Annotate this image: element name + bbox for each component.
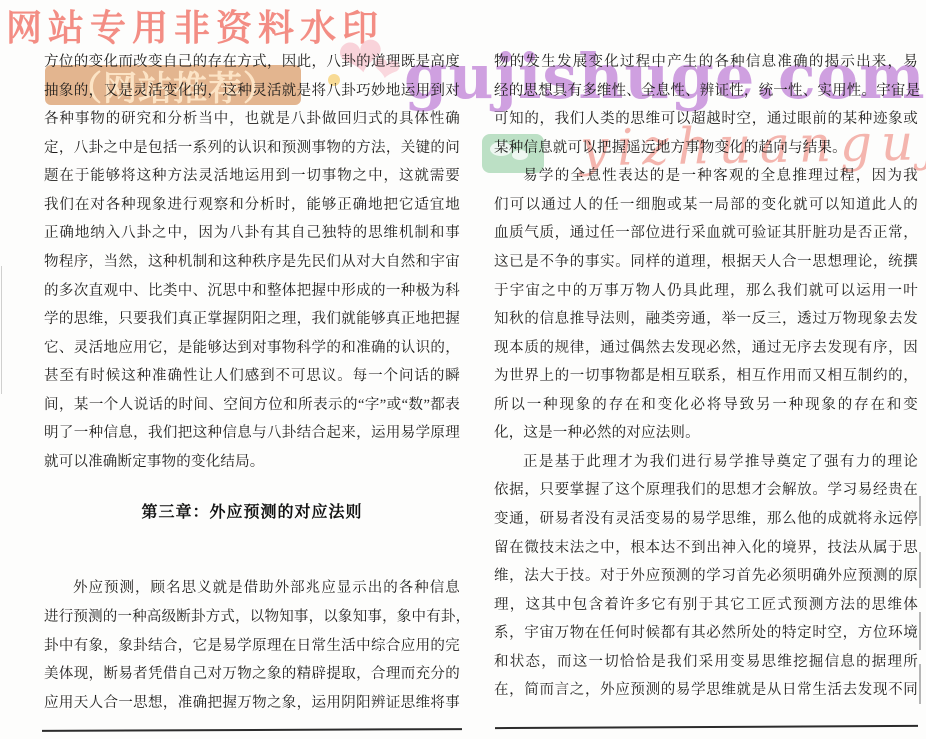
text-line: 于宇宙之中的万事万物人仍具此理，那么我们就可以运用一叶: [494, 277, 918, 306]
text-line: 学的思维，只要我们真正掌握阴阳之理，我们就能够真正地把握: [44, 305, 460, 334]
text-line: 进行预测的一种高级断卦方式，以物知事，以象知事，象中有卦，: [44, 603, 460, 632]
text-line: 留在微技末法之中，根本达不到出神入化的境界，技法从属于思: [494, 534, 918, 563]
text-line: 间，某一个人说话的时间、空间方位和所表示的“字”或“数”都表: [44, 391, 460, 420]
text-line: 和状态，而这一切恰恰是我们采用变易思维挖掘信息的据理所: [494, 648, 918, 677]
text-line: 各种事物的研究和分析当中，也就是八卦做回归式的具体性确: [44, 105, 460, 134]
margin-scan-mark: [919, 552, 921, 588]
text-line: 这已是不争的事实。同样的道理，根据天人合一思想理论，统撰: [494, 248, 918, 277]
text-line: 物的发生发展变化过程中产生的各种信息准确的揭示出来，易: [494, 48, 918, 77]
text-line: 某种信息就可以把握遥远地方事物变化的趋向与结果。: [494, 134, 918, 163]
text-line: 血质气质，通过任一部位进行采血就可验证其肝脏功是否正常，: [494, 219, 918, 248]
text-line: 变通，研易者没有灵活变易的易学思维，那么他的成就将永远停: [494, 505, 918, 534]
text-line: 易学的全息性表达的是一种客观的全息推理过程，因为我: [494, 162, 918, 191]
text-line: 维，法大于技。对于外应预测的学习首先必须明确外应预测的原: [494, 562, 918, 591]
text-line: 依据，只要掌握了这个原理我们的思想才会解放。学习易经贵在: [494, 476, 918, 505]
text-line: 的多次直观中、比类中、沉思中和整体把握中形成的一种极为科: [44, 277, 460, 306]
text-line: 就可以准确断定事物的变化结局。: [44, 448, 460, 477]
text-line: 为世界上的一切事物都是相互联系，相互作用而又相互制约的，: [494, 362, 918, 391]
text-line: 题在于能够将这种方法灵活地运用到一切事物之中，这就需要: [44, 162, 460, 191]
text-line: 系，宇宙万物在任何时候都有其必然所处的特定时空，方位环境: [494, 619, 918, 648]
margin-scan-mark: [919, 496, 921, 526]
page-edge-line: [1, 266, 2, 394]
text-line: 甚至有时候这种准确性让人们感到不可思议。每一个问话的瞬: [44, 362, 460, 391]
margin-scan-mark: [919, 612, 921, 650]
text-line: 定，八卦之中是包括一系列的认识和预测事物的方法，关键的问: [44, 134, 460, 163]
left-column: 方位的变化而改变自己的存在方式，因此，八卦的道理既是高度 抽象的，又是灵活变化的…: [44, 48, 460, 717]
text-line: 在，简而言之，外应预测的易学思维就是从日常生活去发现不同: [494, 676, 918, 705]
text-line: 美体现，断易者凭借自己对万物之象的精辟提取，合理而充分的: [44, 660, 460, 689]
text-line: 知秋的信息推导法则，融类旁通，举一反三，透过万物现象去发: [494, 305, 918, 334]
text-line: 卦中有象，象卦结合，它是易学原理在日常生活中综合应用的完: [44, 632, 460, 661]
text-line: 我们在对各种现象进行观察和分析时，能够正确地把它适宜地: [44, 191, 460, 220]
text-line: 现本质的规律，通过偶然去发现必然，通过无序去发现有序，因: [494, 334, 918, 363]
text-line: 方位的变化而改变自己的存在方式，因此，八卦的道理既是高度: [44, 48, 460, 77]
text-line: 经的思想具有多维性、全息性、辨证性，统一性、实用性。宇宙是: [494, 77, 918, 106]
right-column-bottom-rule: [495, 725, 918, 729]
text-line: 化，这是一种必然的对应法则。: [494, 419, 918, 448]
text-line: 们可以通过人的任一细胞或某一局部的变化就可以知道此人的: [494, 191, 918, 220]
text-line: 正是基于此理才为我们进行易学推导奠定了强有力的理论: [494, 448, 918, 477]
text-line: 抽象的，又是灵活变化的，这种灵活就是将八卦巧妙地运用到对: [44, 77, 460, 106]
chapter-heading: 第三章：外应预测的对应法则: [44, 502, 460, 524]
text-line: 物程序，当然，这种机制和这种秩序是先民们从对大自然和宇宙: [44, 248, 460, 277]
text-line: 所以一种现象的存在和变化必将导致另一种现象的存在和变: [494, 391, 918, 420]
watermark-banner-text: 网站专用非资料水印: [6, 0, 384, 51]
text-line: 理，这其中包含着许多它有别于其它工匠式预测方法的思维体: [494, 591, 918, 620]
text-line: 正确地纳入八卦之中，因为八卦有其自己独特的思维机制和事: [44, 219, 460, 248]
left-column-bottom-rule: [42, 728, 462, 732]
right-column: 物的发生发展变化过程中产生的各种信息准确的揭示出来，易 经的思想具有多维性、全息…: [494, 48, 918, 705]
text-line: 明了一种信息，我们把这种信息与八卦结合起来，运用易学原理: [44, 419, 460, 448]
margin-scan-mark: [919, 664, 921, 704]
text-line: 外应预测，顾名思义就是借助外部兆应显示出的各种信息: [44, 574, 460, 603]
text-line: 可知的，我们人类的思维可以超越时空，通过眼前的某种迹象或: [494, 105, 918, 134]
text-line: 它、灵活地应用它，是能够达到对事物科学的和准确的认识的，: [44, 334, 460, 363]
text-line: 应用天人合一思想，准确把握万物之象，运用阴阳辨证思维将事: [44, 689, 460, 718]
